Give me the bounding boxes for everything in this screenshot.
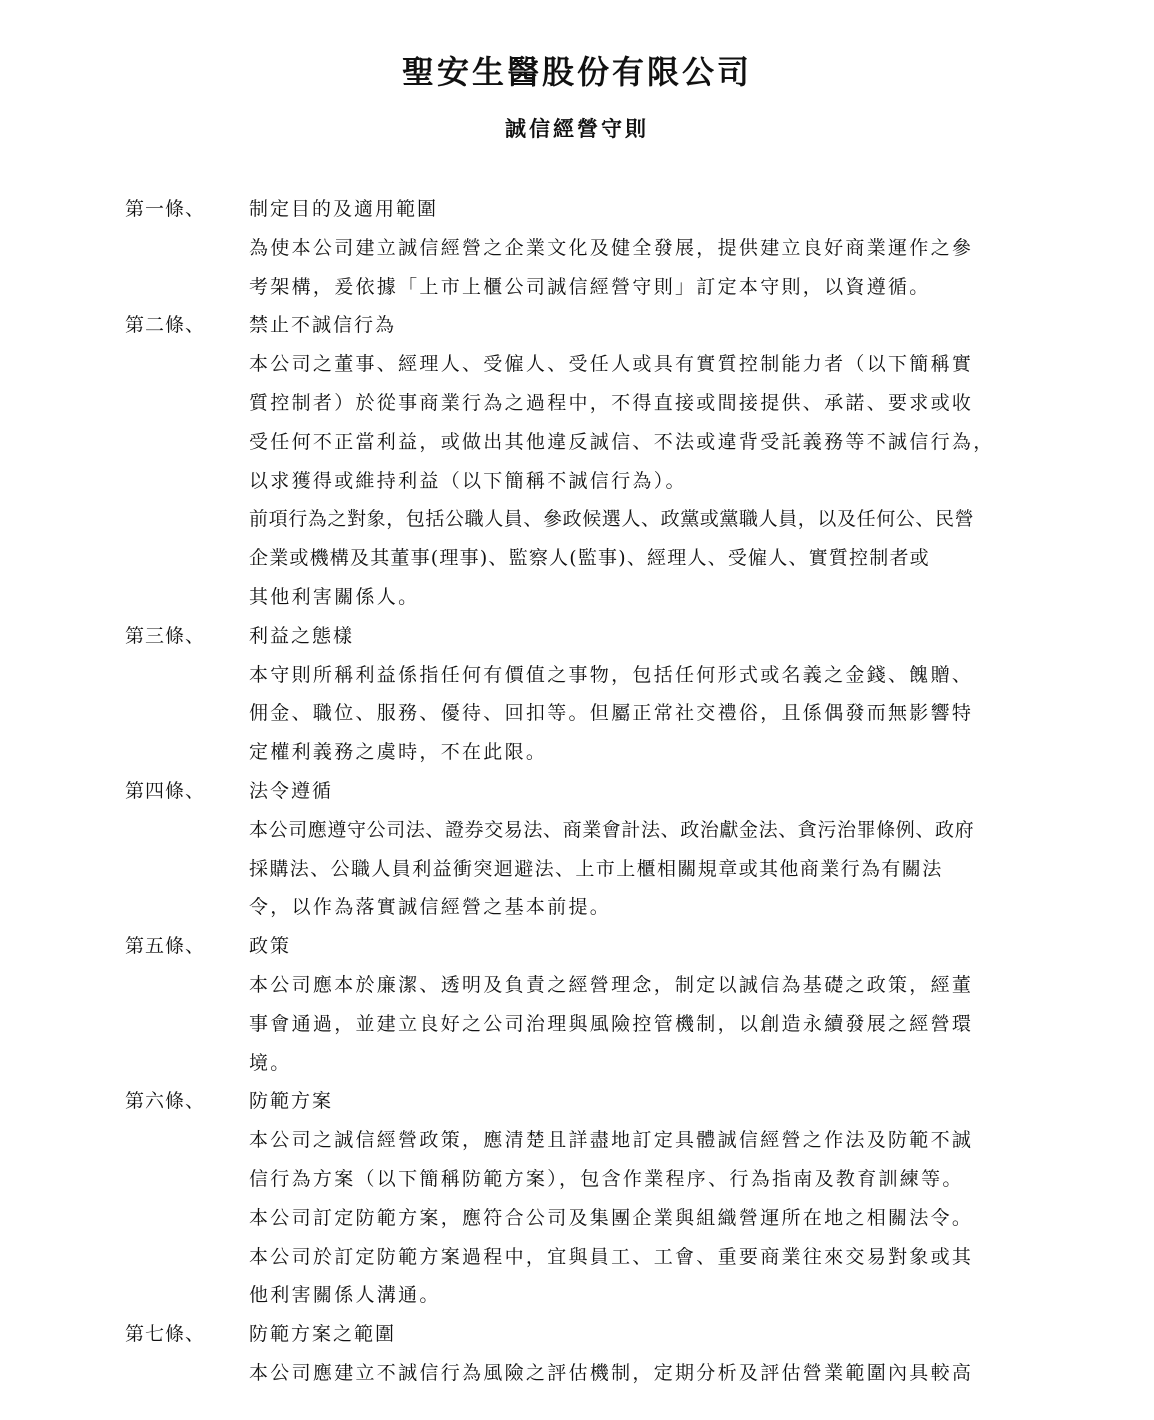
text-line: 以求獲得或維持利益（以下簡稱不誠信行為）。 xyxy=(249,462,1039,501)
text-line: 定權利義務之虞時，不在此限。 xyxy=(249,733,1039,772)
text-line: 他利害關係人溝通。 xyxy=(249,1276,1039,1315)
article-heading: 政策 xyxy=(249,927,1154,966)
text-line: 採購法、公職人員利益衝突迴避法、上市上櫃相關規章或其他商業行為有關法 xyxy=(249,850,1039,889)
article-paragraph: 本公司於訂定防範方案過程中，宜與員工、工會、重要商業往來交易對象或其 他利害關係… xyxy=(249,1238,1039,1316)
document-body: 第一條、 制定目的及適用範圍 為使本公司建立誠信經營之企業文化及健全發展，提供建… xyxy=(0,190,1154,1393)
article-paragraph: 前項行為之對象，包括公職人員、參政候選人、政黨或黨職人員，以及任何公、民營 企業… xyxy=(249,500,1039,616)
article-heading: 利益之態樣 xyxy=(249,617,1154,656)
article-number: 第五條、 xyxy=(125,927,205,966)
article-paragraph: 本公司之誠信經營政策，應清楚且詳盡地訂定具體誠信經營之作法及防範不誠 信行為方案… xyxy=(249,1121,1039,1199)
text-line: 質控制者）於從事商業行為之過程中，不得直接或間接提供、承諾、要求或收 xyxy=(249,384,1039,423)
text-line: 境。 xyxy=(249,1044,1039,1083)
text-line: 本公司訂定防範方案，應符合公司及集團企業與組織營運所在地之相關法令。 xyxy=(249,1199,1039,1238)
article-heading: 防範方案之範圍 xyxy=(249,1315,1154,1354)
article-paragraph: 本守則所稱利益係指任何有價值之事物，包括任何形式或名義之金錢、餽贈、 佣金、職位… xyxy=(249,656,1039,772)
article-paragraph: 本公司訂定防範方案，應符合公司及集團企業與組織營運所在地之相關法令。 xyxy=(249,1199,1039,1238)
text-line: 受任何不正當利益，或做出其他違反誠信、不法或違背受託義務等不誠信行為， xyxy=(249,423,1039,462)
text-line: 本公司應建立不誠信行為風險之評估機制，定期分析及評估營業範圍內具較高 xyxy=(249,1354,1039,1393)
article-5: 第五條、 政策 本公司應本於廉潔、透明及負責之經營理念，制定以誠信為基礎之政策，… xyxy=(0,927,1154,1082)
article-heading: 法令遵循 xyxy=(249,772,1154,811)
text-line: 佣金、職位、服務、優待、回扣等。但屬正常社交禮俗，且係偶發而無影響特 xyxy=(249,694,1039,733)
text-line: 本公司應本於廉潔、透明及負責之經營理念，制定以誠信為基礎之政策，經董 xyxy=(249,966,1039,1005)
text-line: 事會通過，並建立良好之公司治理與風險控管機制，以創造永續發展之經營環 xyxy=(249,1005,1039,1044)
text-line: 本公司於訂定防範方案過程中，宜與員工、工會、重要商業往來交易對象或其 xyxy=(249,1238,1039,1277)
article-paragraph: 本公司應建立不誠信行為風險之評估機制，定期分析及評估營業範圍內具較高 xyxy=(249,1354,1039,1393)
article-heading: 防範方案 xyxy=(249,1082,1154,1121)
text-line: 其他利害關係人。 xyxy=(249,578,1039,617)
article-3: 第三條、 利益之態樣 本守則所稱利益係指任何有價值之事物，包括任何形式或名義之金… xyxy=(0,617,1154,772)
text-line: 企業或機構及其董事(理事)、監察人(監事)、經理人、受僱人、實質控制者或 xyxy=(249,539,1039,578)
article-4: 第四條、 法令遵循 本公司應遵守公司法、證券交易法、商業會計法、政治獻金法、貪污… xyxy=(0,772,1154,927)
text-line: 為使本公司建立誠信經營之企業文化及健全發展，提供建立良好商業運作之參 xyxy=(249,229,1039,268)
article-7: 第七條、 防範方案之範圍 本公司應建立不誠信行為風險之評估機制，定期分析及評估營… xyxy=(0,1315,1154,1393)
document-title: 誠信經營守則 xyxy=(0,113,1154,145)
article-number: 第一條、 xyxy=(125,190,205,229)
text-line: 本公司應遵守公司法、證券交易法、商業會計法、政治獻金法、貪污治罪條例、政府 xyxy=(249,811,1039,850)
company-name: 聖安生醫股份有限公司 xyxy=(0,50,1154,94)
text-line: 令，以作為落實誠信經營之基本前提。 xyxy=(249,888,1039,927)
text-line: 信行為方案（以下簡稱防範方案），包含作業程序、行為指南及教育訓練等。 xyxy=(249,1160,1039,1199)
article-2: 第二條、 禁止不誠信行為 本公司之董事、經理人、受僱人、受任人或具有實質控制能力… xyxy=(0,306,1154,616)
article-number: 第四條、 xyxy=(125,772,205,811)
article-6: 第六條、 防範方案 本公司之誠信經營政策，應清楚且詳盡地訂定具體誠信經營之作法及… xyxy=(0,1082,1154,1315)
article-paragraph: 本公司之董事、經理人、受僱人、受任人或具有實質控制能力者（以下簡稱實 質控制者）… xyxy=(249,345,1039,500)
text-line: 前項行為之對象，包括公職人員、參政候選人、政黨或黨職人員，以及任何公、民營 xyxy=(249,500,1039,539)
article-1: 第一條、 制定目的及適用範圍 為使本公司建立誠信經營之企業文化及健全發展，提供建… xyxy=(0,190,1154,306)
article-heading: 禁止不誠信行為 xyxy=(249,306,1154,345)
article-number: 第三條、 xyxy=(125,617,205,656)
article-paragraph: 為使本公司建立誠信經營之企業文化及健全發展，提供建立良好商業運作之參 考架構，爰… xyxy=(249,229,1039,307)
text-line: 本守則所稱利益係指任何有價值之事物，包括任何形式或名義之金錢、餽贈、 xyxy=(249,656,1039,695)
text-line: 本公司之誠信經營政策，應清楚且詳盡地訂定具體誠信經營之作法及防範不誠 xyxy=(249,1121,1039,1160)
article-heading: 制定目的及適用範圍 xyxy=(249,190,1154,229)
article-number: 第六條、 xyxy=(125,1082,205,1121)
article-number: 第二條、 xyxy=(125,306,205,345)
text-line: 本公司之董事、經理人、受僱人、受任人或具有實質控制能力者（以下簡稱實 xyxy=(249,345,1039,384)
article-number: 第七條、 xyxy=(125,1315,205,1354)
text-line: 考架構，爰依據「上市上櫃公司誠信經營守則」訂定本守則，以資遵循。 xyxy=(249,268,1039,307)
article-paragraph: 本公司應遵守公司法、證券交易法、商業會計法、政治獻金法、貪污治罪條例、政府 採購… xyxy=(249,811,1039,927)
article-paragraph: 本公司應本於廉潔、透明及負責之經營理念，制定以誠信為基礎之政策，經董 事會通過，… xyxy=(249,966,1039,1082)
